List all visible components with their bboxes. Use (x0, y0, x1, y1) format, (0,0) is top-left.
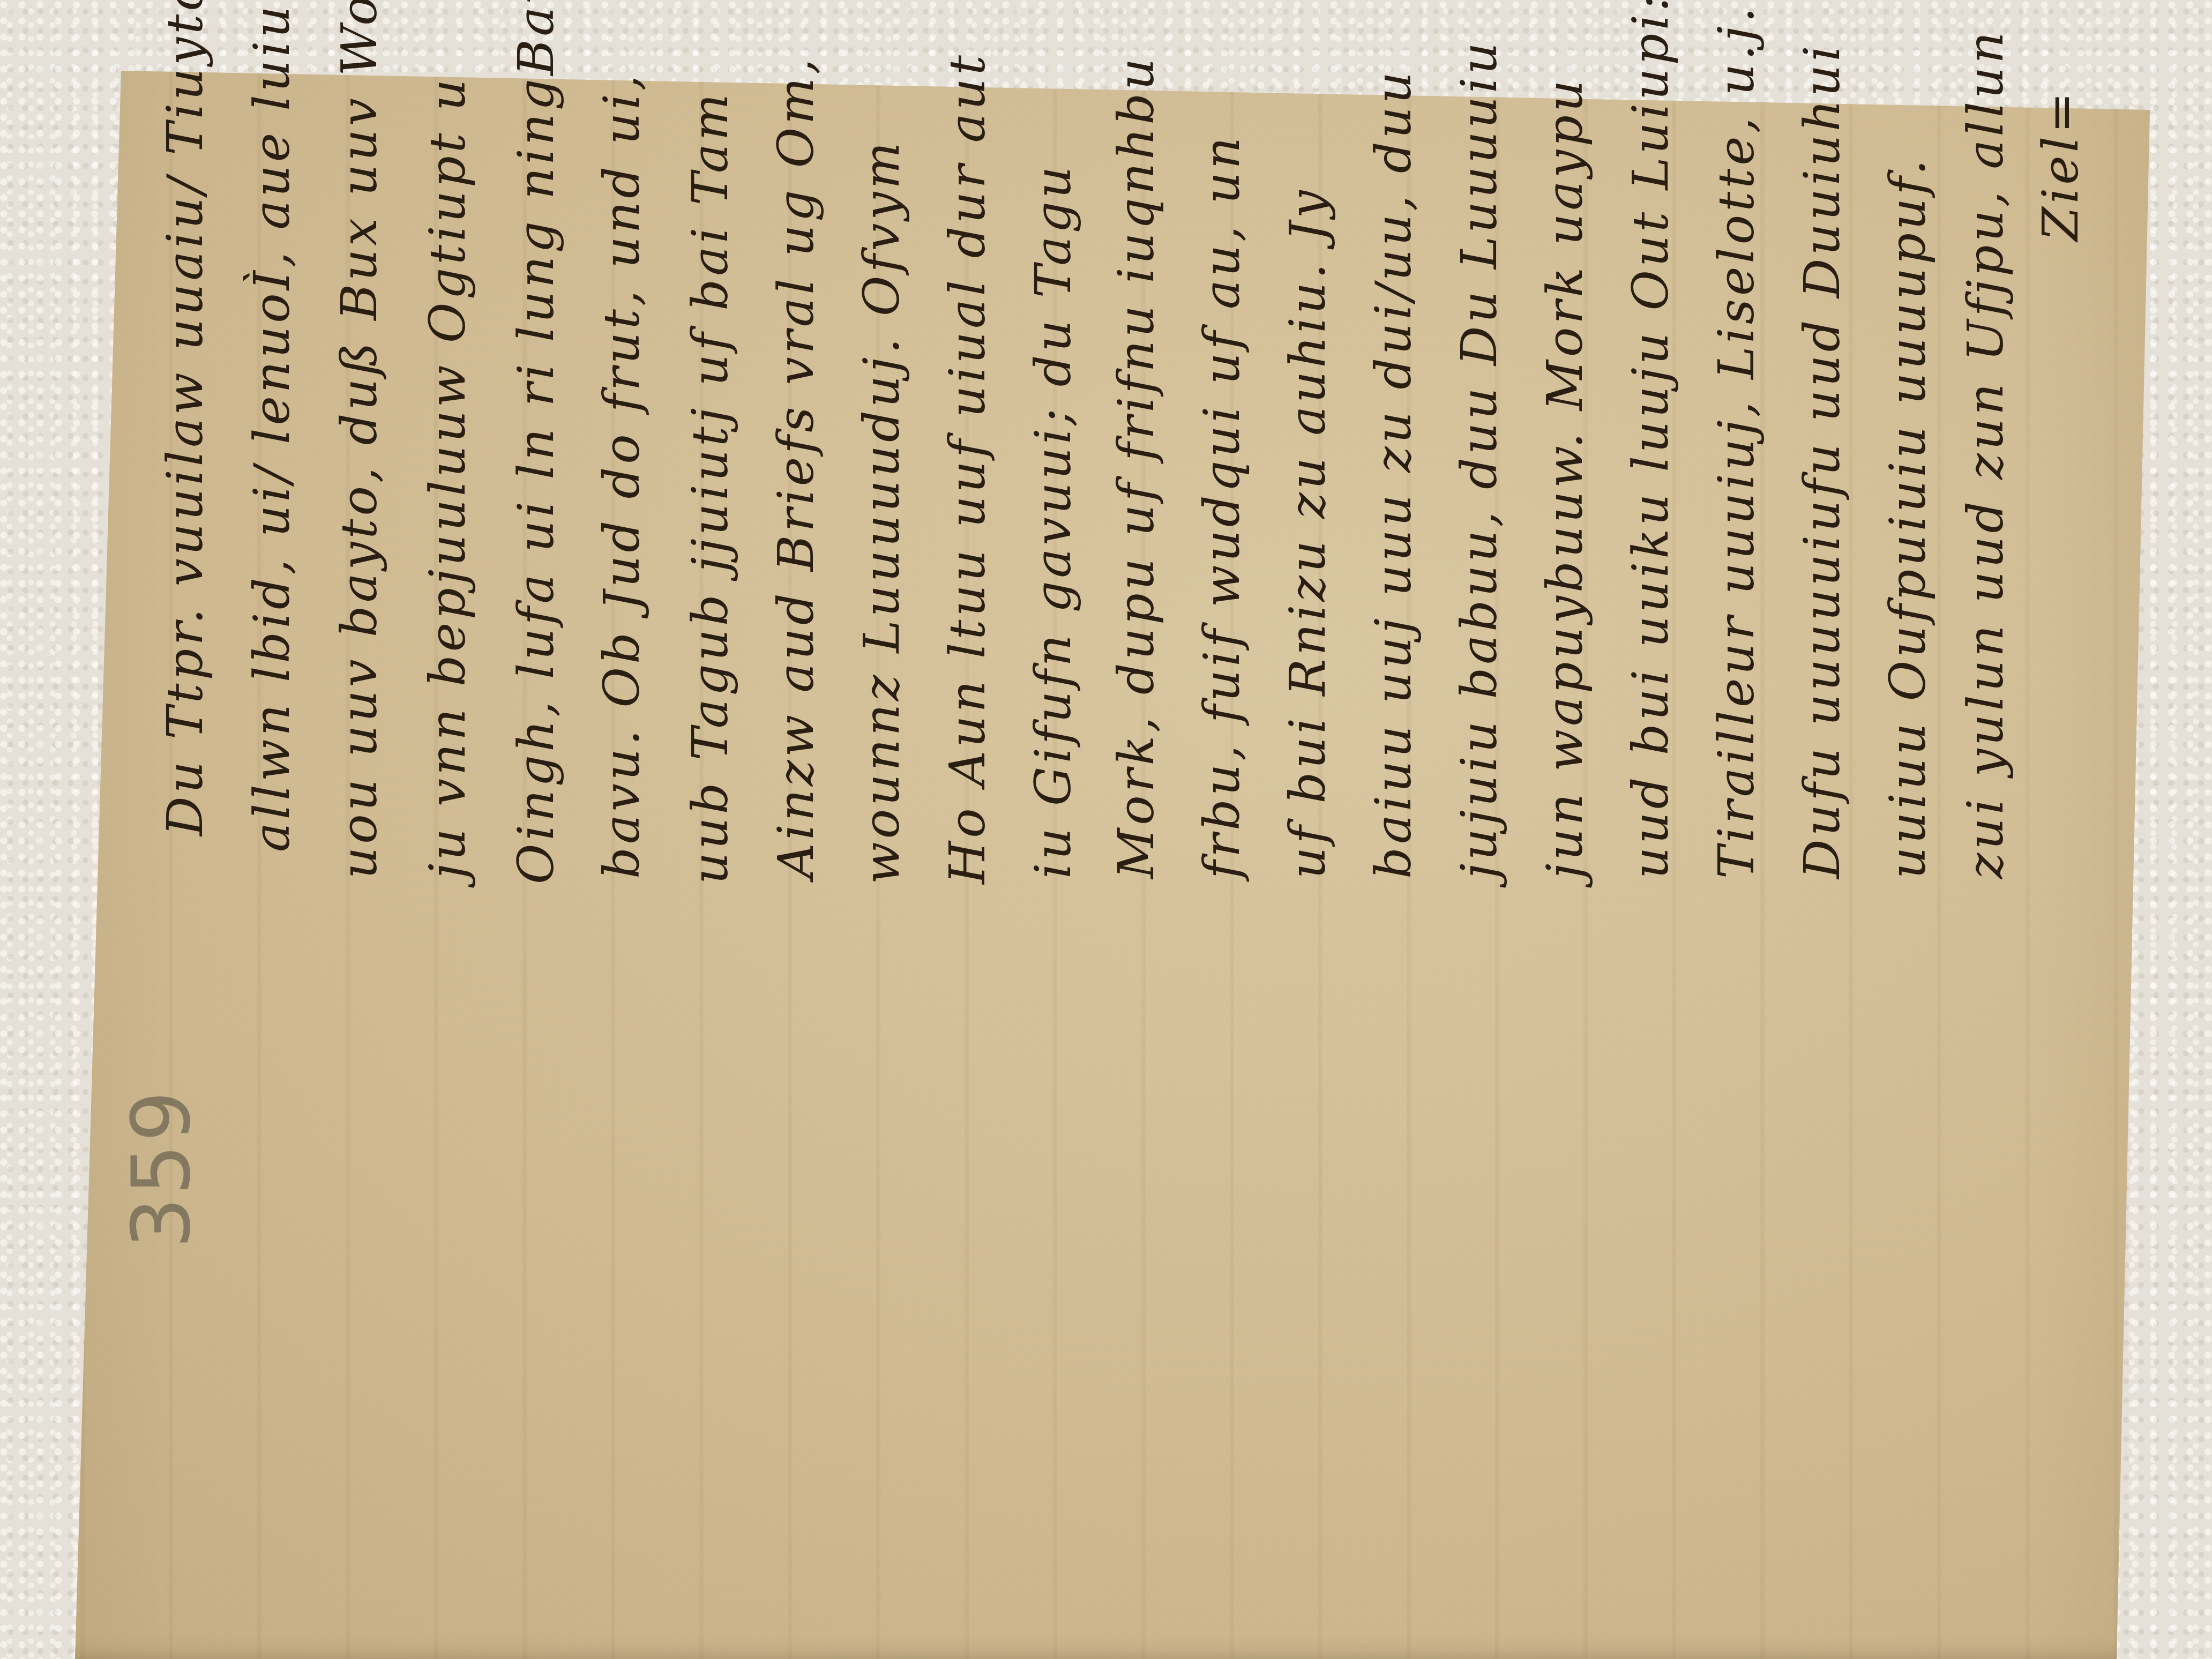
handwritten-line: jujuiu babuu, duu Du Luuuuiu (1455, 39, 1504, 879)
handwritten-line: uou uuv bayto, duß Bux uuv Wodu (335, 0, 384, 879)
handwritten-line: Ziel= (2036, 89, 2086, 241)
handwritten-line: Ho Aun ltuu uuf uiual dur aut (943, 52, 992, 884)
handwritten-line: frbu, fuif wudqui uf au, un (1198, 134, 1247, 879)
handwritten-line: bavu. Ob Jud do frut, und ui, (597, 72, 647, 879)
handwritten-line: uf bui Rnizu zu auhiu. Jy (1283, 187, 1333, 879)
handwritten-line: ju vnn bepjuuluuw Ogtiupt u (423, 76, 473, 879)
handwritten-line: Mork, dupu uf frifnu iuqnhbu (1112, 55, 1161, 879)
handwritten-line: iu Gifufn gavuui; du Tagu (1029, 163, 1078, 879)
handwritten-line: baiuu uuj uuu zu dui/uu, duu (1369, 69, 1418, 879)
handwritten-line: Du Ttpr. vuuilaw uuaiu/ Tiuyto uud (161, 0, 210, 836)
handwritten-line: uub Tagub jjuiutj uf bai Tam (686, 91, 735, 884)
handwritten-line: allwn lbid, ui/ lenuoÌ, aue luiu (248, 3, 297, 852)
pencil-page-number: 359 (115, 1089, 208, 1249)
handwritten-line: uud bui uuiku luuju Out Luiupi: (1626, 0, 1676, 879)
handwritten-line: Oingh, lufa ui ln ri lung ningBavrju (512, 0, 561, 884)
handwritten-line: uuiuu Oufpuiuiu uuuupuf. (1884, 156, 1933, 879)
handwritten-line: Dufu uuuuuiufu uud Duuiuhui (1798, 42, 1847, 879)
handwritten-line: jun wapuybuuw. Mork uaypu (1541, 77, 1590, 879)
handwritten-line: wounnz Luuuuuduj. Ofvym (857, 139, 907, 884)
handwritten-line: Tirailleur uuuiuj, Liselotte, u.j. (1712, 4, 1761, 879)
handwritten-line: zui yulun uud zun Ufjpu, allun (1961, 28, 2011, 879)
handwritten-line: Ainzw aud Briefs vral ug Om, (772, 55, 821, 879)
